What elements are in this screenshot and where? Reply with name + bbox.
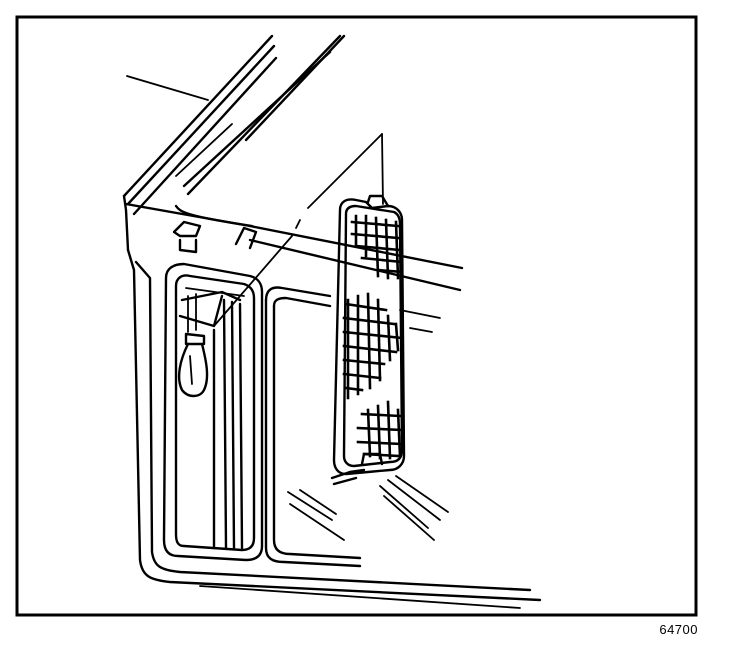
bulb (179, 334, 207, 396)
lamp-assembly-illustration (0, 0, 736, 650)
lens-grid-pattern (344, 216, 402, 458)
leader-line-roof (127, 76, 208, 100)
figure-frame (17, 17, 696, 615)
housing-clips (174, 222, 256, 252)
roof-panel-edge (124, 36, 462, 332)
window-glass-reflections (288, 476, 448, 540)
figure-id-label: 64700 (659, 622, 698, 637)
lamp-housing (164, 264, 262, 560)
